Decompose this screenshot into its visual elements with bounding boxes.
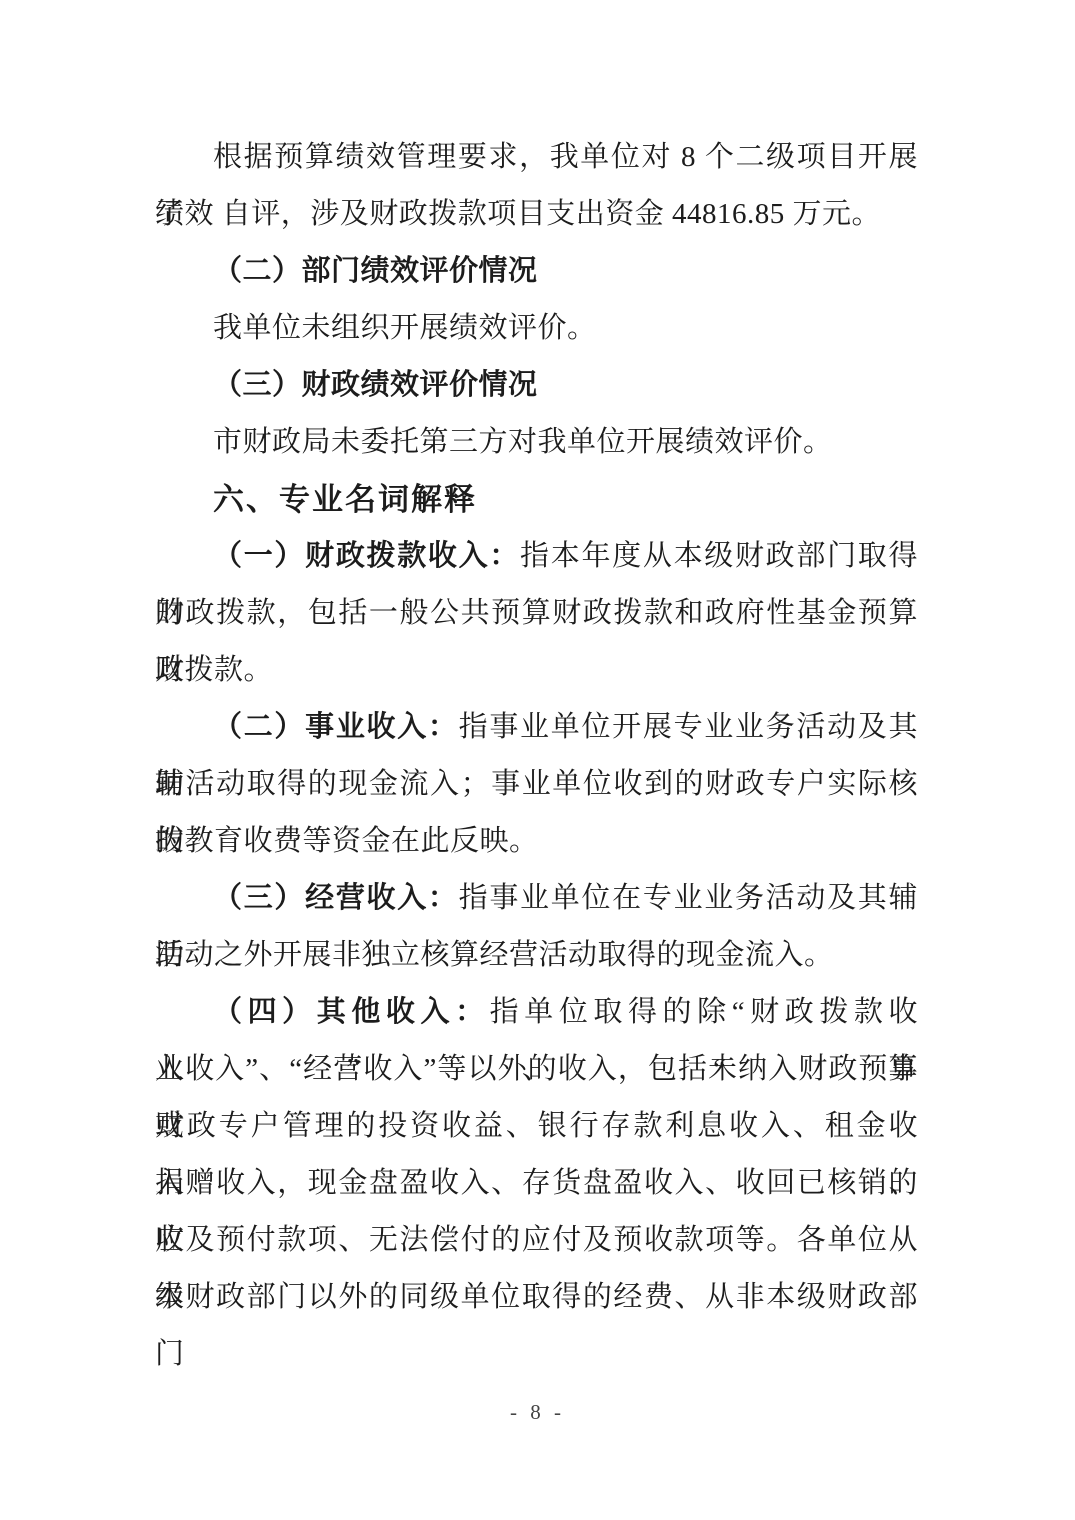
doc-line: 绩效 自评，涉及财政拨款项目支出资金 44816.85 万元。	[155, 186, 918, 243]
term-label: （一）财政拨款收入：	[213, 540, 520, 572]
doc-line: 业收入”、“经营收入”等以外的收入，包括未纳入财政预算或	[155, 1041, 918, 1098]
line-text: 市财政局未委托第三方对我单位开展绩效评价。	[213, 426, 833, 458]
doc-line: 助活动取得的现金流入；事业单位收到的财政专户实际核拨	[155, 756, 918, 813]
doc-line: 我单位未组织开展绩效评价。	[155, 300, 918, 357]
term-label: （二）事业收入：	[213, 711, 459, 743]
heading-text: 六、专业名词解释	[213, 482, 477, 517]
line-text: 政拨款。	[155, 654, 273, 686]
heading-text: （三）财政绩效评价情况	[213, 369, 538, 401]
doc-line: 根据预算绩效管理要求，我单位对 8 个二级项目开展了	[155, 129, 918, 186]
page-number: - 8 -	[0, 1400, 1075, 1425]
heading-finance-performance-eval: （三）财政绩效评价情况	[155, 357, 918, 414]
doc-line: 捐赠收入，现金盘盈收入、存货盘盈收入、收回已核销的应	[155, 1155, 918, 1212]
heading-dept-performance-eval: （二）部门绩效评价情况	[155, 243, 918, 300]
line-text: 级财政部门以外的同级单位取得的经费、从非本级财政部门	[155, 1281, 918, 1370]
line-text: 活动之外开展非独立核算经营活动取得的现金流入。	[155, 939, 834, 971]
doc-line: 的教育收费等资金在此反映。	[155, 813, 918, 870]
line-text: 的教育收费等资金在此反映。	[155, 825, 539, 857]
term-label: （四）其他收入：	[213, 996, 490, 1028]
doc-line: 级财政部门以外的同级单位取得的经费、从非本级财政部门	[155, 1269, 918, 1326]
doc-line: 财政拨款，包括一般公共预算财政拨款和政府性基金预算财	[155, 585, 918, 642]
doc-line: 市财政局未委托第三方对我单位开展绩效评价。	[155, 414, 918, 471]
doc-line: （四）其他收入：指单位取得的除“财政拨款收入”、“事	[155, 984, 918, 1041]
doc-line: 活动之外开展非独立核算经营活动取得的现金流入。	[155, 927, 918, 984]
line-text: 我单位未组织开展绩效评价。	[213, 312, 597, 344]
doc-line: （二）事业收入：指事业单位开展专业业务活动及其辅	[155, 699, 918, 756]
doc-line: （一）财政拨款收入：指本年度从本级财政部门取得的	[155, 528, 918, 585]
heading-terms-glossary: 六、专业名词解释	[155, 471, 918, 528]
text-block: 根据预算绩效管理要求，我单位对 8 个二级项目开展了 绩效 自评，涉及财政拨款项…	[155, 129, 918, 1326]
line-text: 绩效 自评，涉及财政拨款项目支出资金 44816.85 万元。	[155, 198, 881, 230]
heading-text: （二）部门绩效评价情况	[213, 255, 538, 287]
term-label: （三）经营收入：	[213, 882, 459, 914]
doc-line: 收及预付款项、无法偿付的应付及预收款项等。各单位从本	[155, 1212, 918, 1269]
doc-line: （三）经营收入：指事业单位在专业业务活动及其辅助	[155, 870, 918, 927]
doc-line: 政拨款。	[155, 642, 918, 699]
doc-line: 财政专户管理的投资收益、银行存款利息收入、租金收入、	[155, 1098, 918, 1155]
document-page: 根据预算绩效管理要求，我单位对 8 个二级项目开展了 绩效 自评，涉及财政拨款项…	[0, 0, 1075, 1520]
